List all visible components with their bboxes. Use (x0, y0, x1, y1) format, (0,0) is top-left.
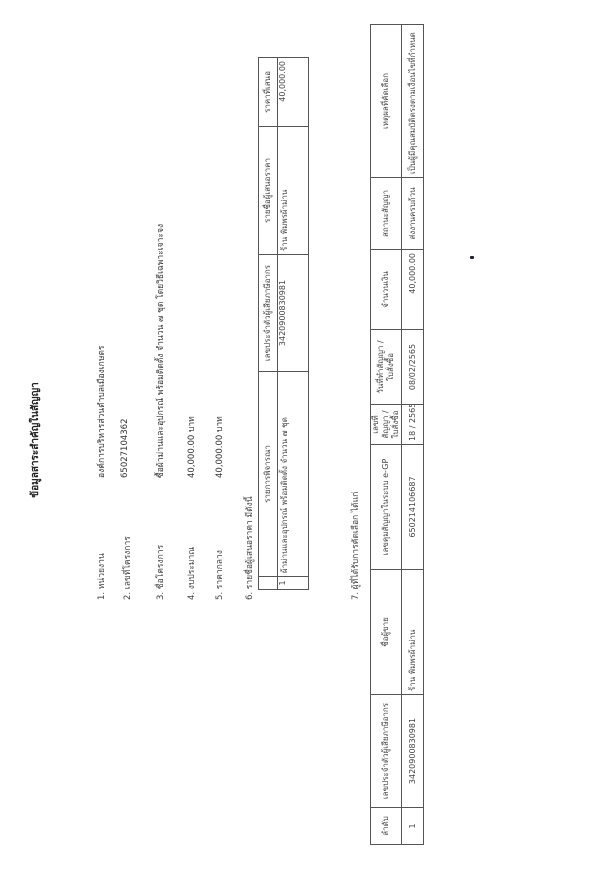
cell-egp-number: 650214106687 (402, 445, 424, 570)
cell-contract-date: 08/02/2565 (402, 330, 424, 405)
cell-item: ผ้าม่านและอุปกรณ์ พร้อมติดตั้ง จำนวน ๗ ช… (278, 372, 309, 577)
column-header: เลขประจำตัวผู้เสียภาษีอากร (259, 255, 278, 372)
column-header: จำนวนเงิน (371, 250, 402, 330)
section7-heading: 7. ผู้ที่ได้รับการคัดเลือก ได้แก่ (348, 492, 362, 600)
column-header: เหตุผลที่คัดเลือก (371, 25, 402, 178)
cell-index: 1 (278, 577, 309, 590)
bidders-table: รายการพิจารณา เลขประจำตัวผู้เสียภาษีอากร… (258, 57, 309, 590)
cell-tax-id: 3420900830981 (402, 695, 424, 808)
cell-bidder: ร้าน พิมพรผ้าม่าน (278, 127, 309, 255)
cell-status: ส่งงานครบถ้วน (402, 178, 424, 250)
cell-contract-number: 18 / 2565 (402, 405, 424, 445)
page-title: ข้อมูลสาระสำคัญในสัญญา (28, 340, 43, 540)
column-header: สถานะสัญญา (371, 178, 402, 250)
column-header: รายการพิจารณา (259, 372, 278, 577)
cell-reason: เป็นผู้มีคุณสมบัติตรงตามเงื่อนไขที่กำหนด (402, 25, 424, 178)
selected-vendor-table: ลำดับ เลขประจำตัวผู้เสียภาษีอากร ชื่อผู้… (370, 24, 424, 845)
field-label-median-price: 5. ราคากลาง (212, 550, 226, 600)
document-page: ข้อมูลสาระสำคัญในสัญญา 1. หน่วยงาน องค์ก… (0, 0, 615, 871)
cell-seller: ร้าน พิมพรผ้าม่าน (402, 570, 424, 695)
column-header: รายชื่อผู้เสนอราคา (259, 127, 278, 255)
scan-speck (470, 256, 474, 259)
column-header: เลขคุมสัญญาในระบบ e-GP (371, 445, 402, 570)
field-value-project-name: ซื้อผ้าม่านและอุปกรณ์ พร้อมติดตั้ง จำนวน… (153, 224, 167, 478)
field-value-agency: องค์การบริหารส่วนตำบลเมืองเกษตร (94, 345, 108, 478)
column-header: ลำดับ (371, 808, 402, 845)
table-header-row: ลำดับ เลขประจำตัวผู้เสียภาษีอากร ชื่อผู้… (371, 25, 402, 845)
cell-tax-id: 3420900830981 (278, 255, 309, 372)
column-header: ชื่อผู้ขาย (371, 570, 402, 695)
table-row: 1 ผ้าม่านและอุปกรณ์ พร้อมติดตั้ง จำนวน ๗… (278, 58, 309, 590)
field-label-agency: 1. หน่วยงาน (94, 553, 108, 600)
field-value-median-price: 40,000.00 บาท (212, 416, 226, 478)
section6-heading: 6. รายชื่อผู้เสนอราคา มีดังนี้ (242, 496, 256, 600)
column-header: วันที่ทำสัญญา / ใบสั่งซื้อ (371, 330, 402, 405)
field-value-project-number: 65027104362 (120, 419, 130, 479)
field-value-budget: 40,000.00 บาท (184, 416, 198, 478)
table-header-row: รายการพิจารณา เลขประจำตัวผู้เสียภาษีอากร… (259, 58, 278, 590)
column-header: เลขประจำตัวผู้เสียภาษีอากร (371, 695, 402, 808)
field-label-budget: 4. งบประมาณ (184, 547, 198, 600)
column-header (259, 577, 278, 590)
table-row: 1 3420900830981 ร้าน พิมพรผ้าม่าน 650214… (402, 25, 424, 845)
column-header: ราคาที่เสนอ (259, 58, 278, 127)
field-label-project-number: 2. เลขที่โครงการ (120, 536, 134, 600)
column-header: เลขที่สัญญา / ใบสั่งซื้อ (371, 405, 402, 445)
field-label-project-name: 3. ชื่อโครงการ (153, 545, 167, 600)
cell-price: 40,000.00 (278, 58, 309, 127)
cell-order: 1 (402, 808, 424, 845)
cell-amount: 40,000.00 (402, 250, 424, 330)
